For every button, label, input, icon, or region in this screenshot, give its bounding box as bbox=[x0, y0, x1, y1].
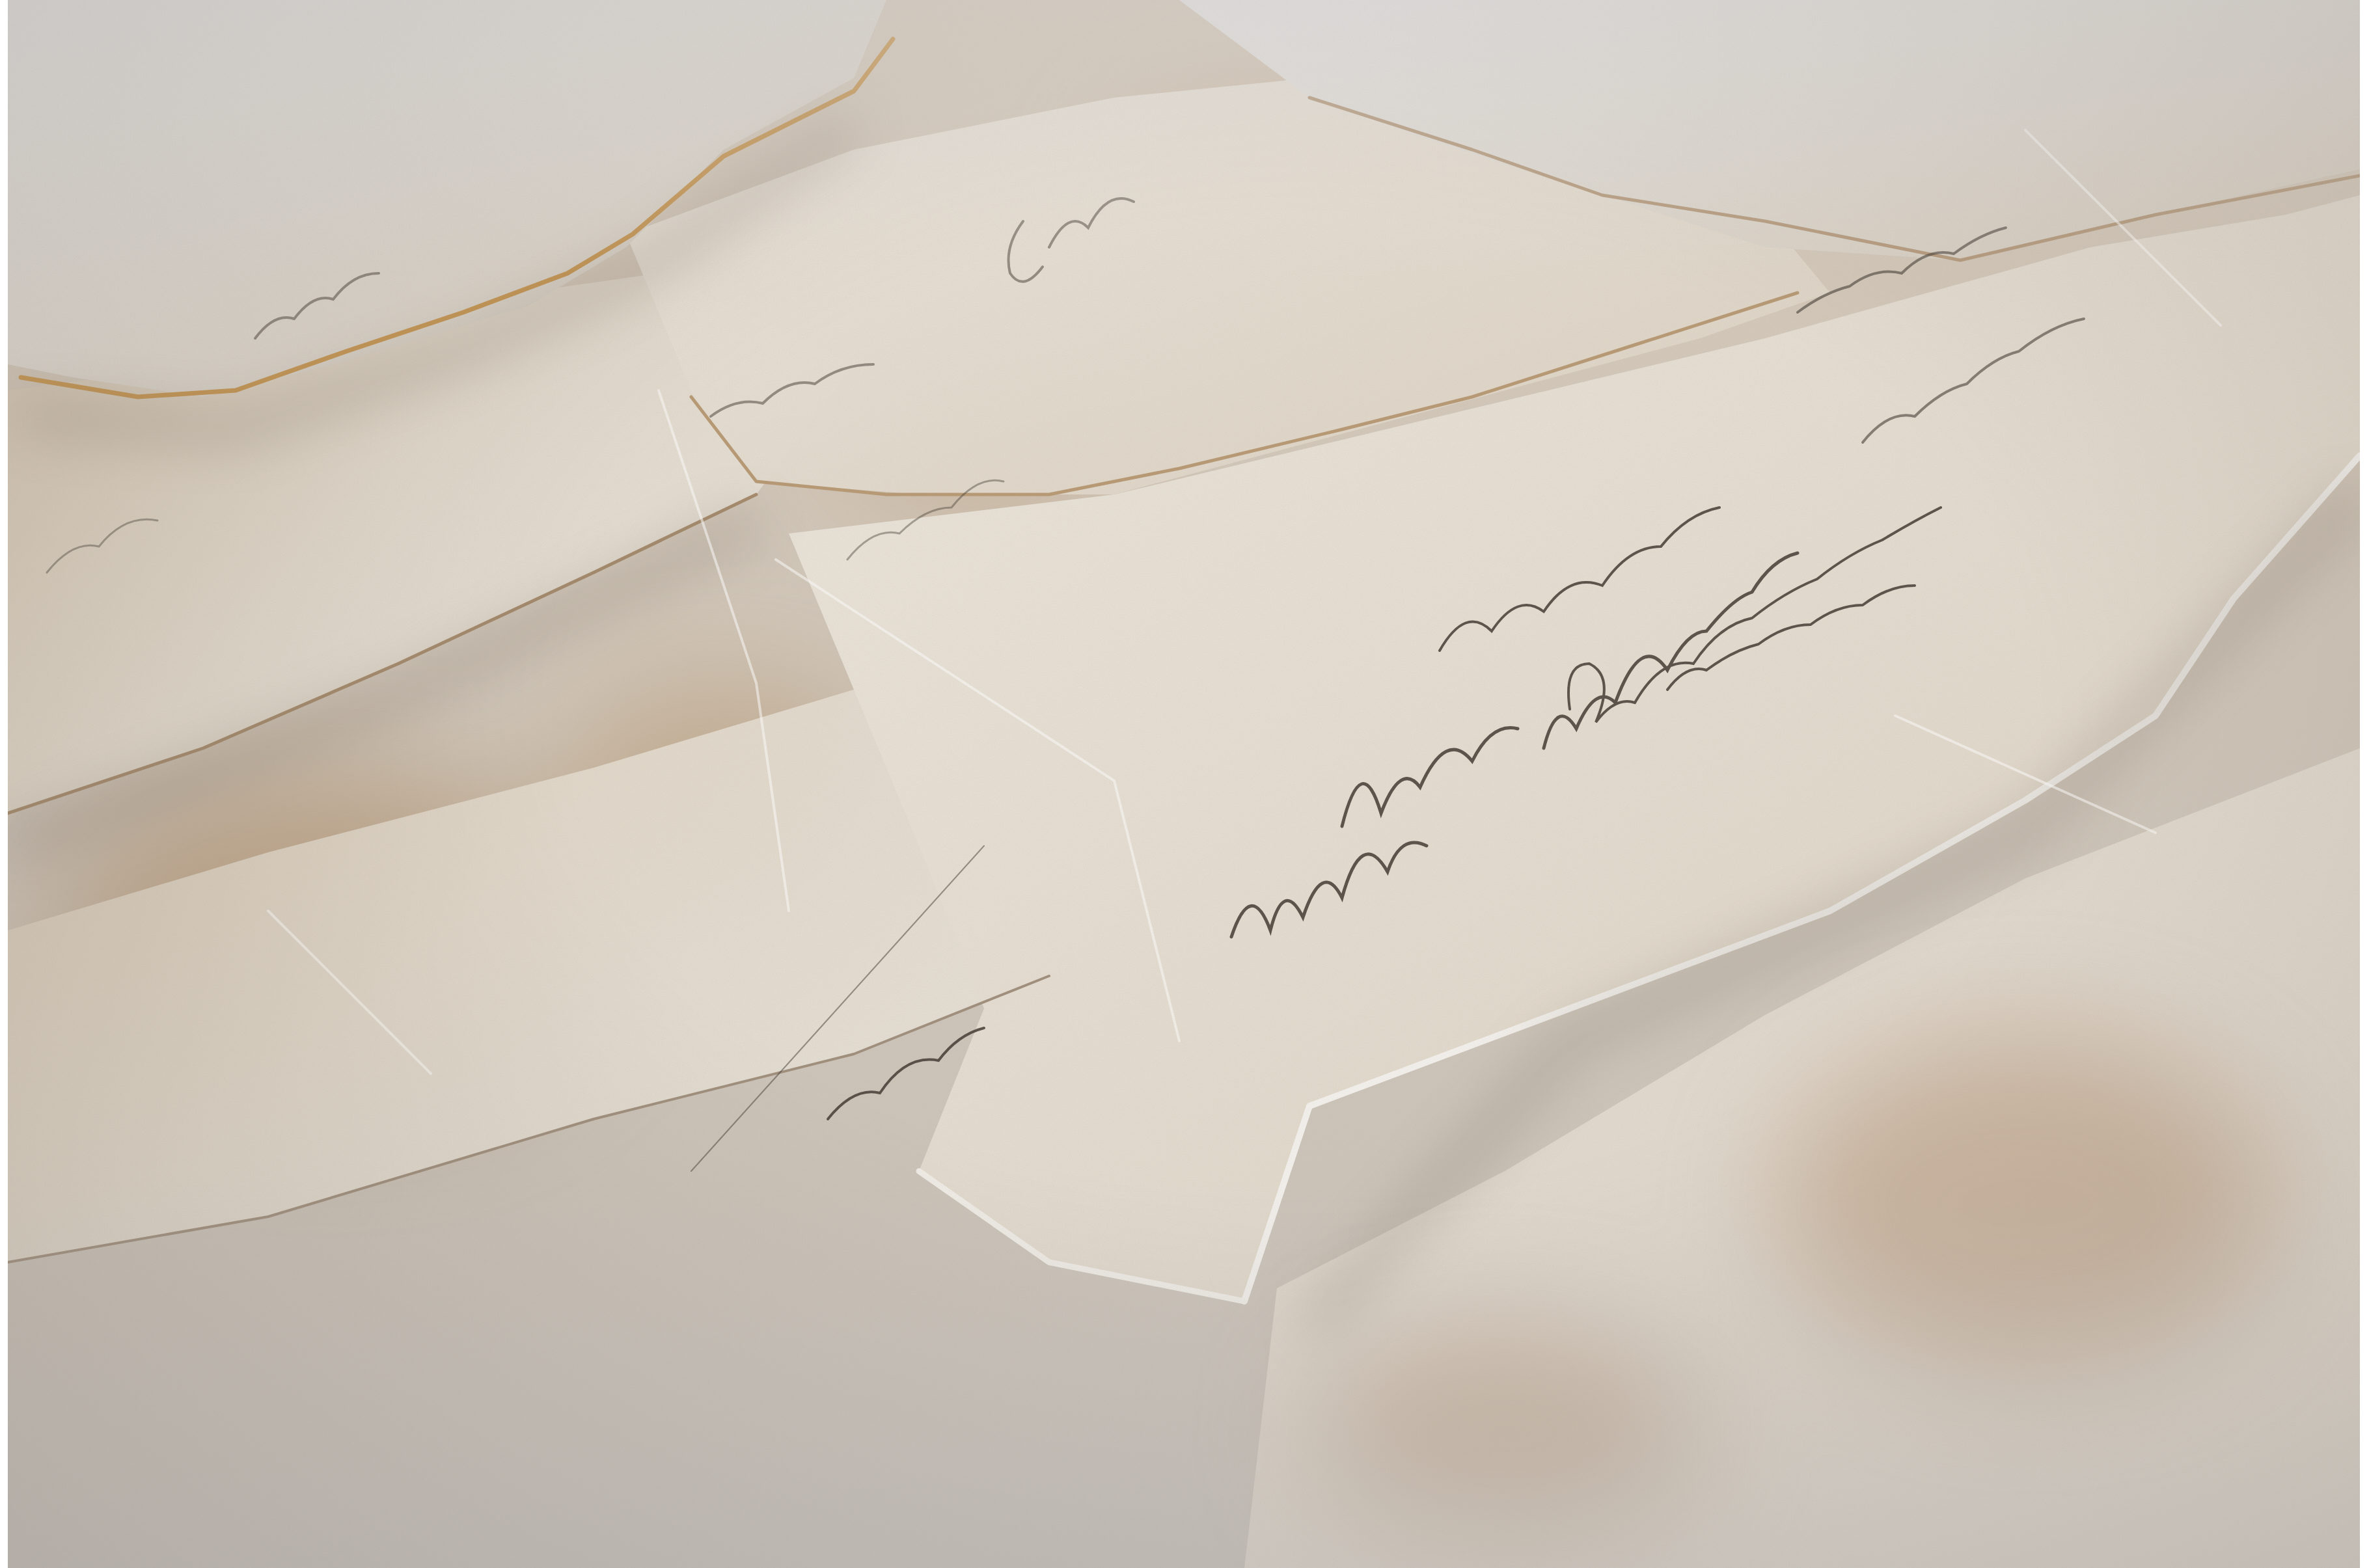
photo-frame bbox=[8, 0, 2360, 1568]
torn-paper-photo bbox=[8, 0, 2360, 1568]
